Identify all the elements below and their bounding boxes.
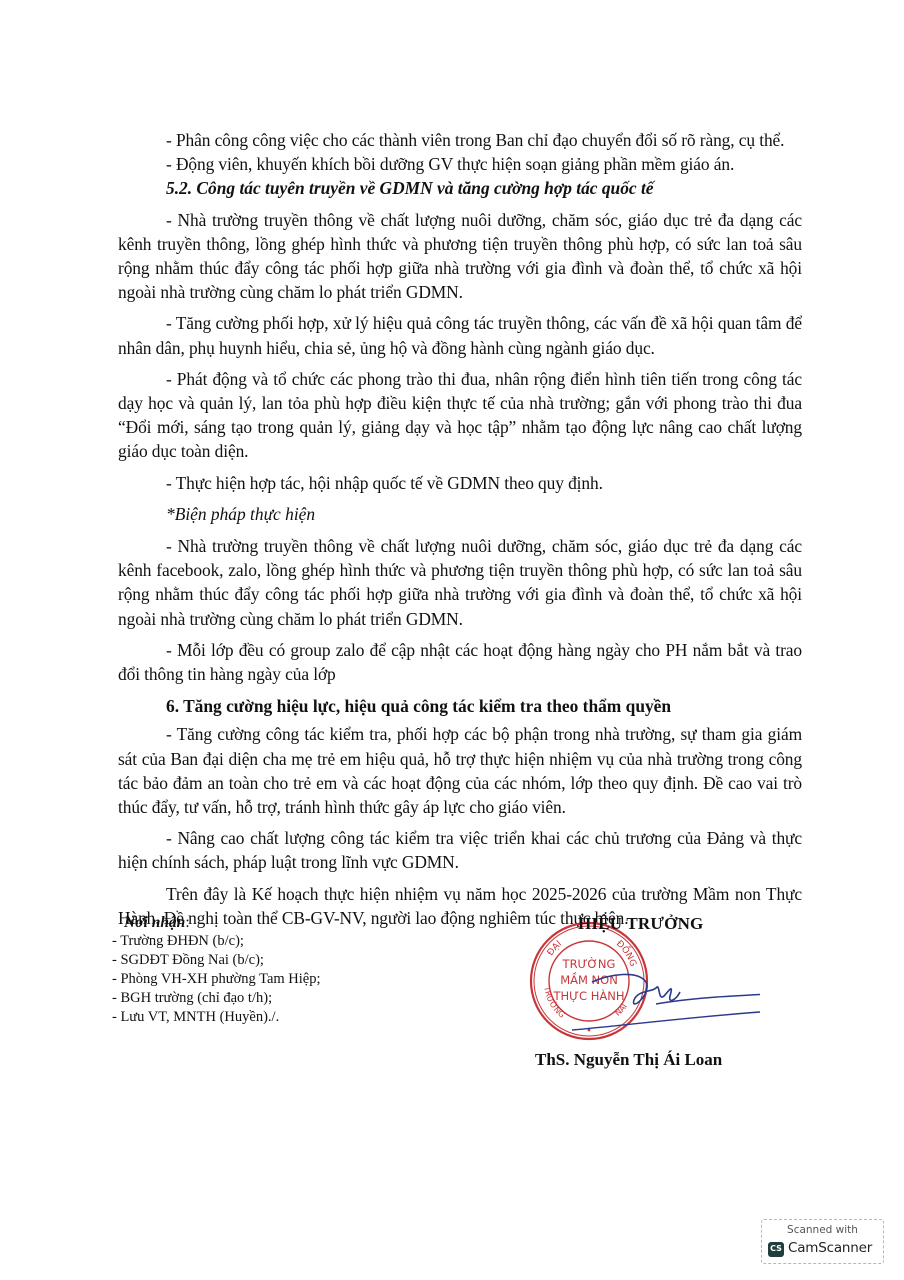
measures-label: *Biện pháp thực hiện [118, 502, 802, 526]
section-5-2-heading: 5.2. Công tác tuyên truyền về GDMN và tă… [118, 176, 802, 200]
section-5-2-paragraph: - Phát động và tổ chức các phong trào th… [118, 367, 802, 464]
signature-block: ĐẠI ĐỒNG TRƯỜNG NAI TRƯỜNG MẦM NON THỰC … [520, 912, 780, 1072]
paragraph-encourage: - Động viên, khuyến khích bồi dưỡng GV t… [118, 152, 802, 176]
recipient-item: - Lưu VT, MNTH (Huyền)./. [112, 1008, 321, 1027]
camscanner-logo-icon: CS [768, 1242, 784, 1257]
handwritten-signature [560, 952, 760, 1042]
watermark-caption: Scanned with [762, 1224, 883, 1236]
camscanner-watermark: Scanned with CS CamScanner [761, 1219, 884, 1264]
section-5-2-paragraph: - Tăng cường phối hợp, xử lý hiệu quả cô… [118, 311, 802, 359]
section-6-paragraph: - Nâng cao chất lượng công tác kiểm tra … [118, 826, 802, 874]
recipient-item: - SGDĐT Đồng Nai (b/c); [112, 951, 321, 970]
recipients-title: Nơi nhận: [124, 913, 321, 932]
section-5-2-paragraph: - Thực hiện hợp tác, hội nhập quốc tế về… [118, 471, 802, 495]
section-6-heading: 6. Tăng cường hiệu lực, hiệu quả công tá… [118, 694, 802, 718]
recipients-block: Nơi nhận: - Trường ĐHĐN (b/c); - SGDĐT Đ… [112, 913, 321, 1027]
measure-paragraph: - Mỗi lớp đều có group zalo để cập nhật … [118, 638, 802, 686]
signer-role: HIỆU TRƯỞNG [578, 914, 703, 934]
recipient-item: - Trường ĐHĐN (b/c); [112, 932, 321, 951]
document-body: - Phân công công việc cho các thành viên… [118, 128, 802, 930]
recipient-item: - Phòng VH-XH phường Tam Hiệp; [112, 970, 321, 989]
measure-paragraph: - Nhà trường truyền thông về chất lượng … [118, 534, 802, 631]
paragraph-assign: - Phân công công việc cho các thành viên… [118, 128, 802, 152]
recipient-item: - BGH trường (chỉ đạo t/h); [112, 989, 321, 1008]
section-6-paragraph: - Tăng cường công tác kiểm tra, phối hợp… [118, 722, 802, 819]
section-5-2-paragraph: - Nhà trường truyền thông về chất lượng … [118, 208, 802, 305]
watermark-brand: CamScanner [788, 1240, 872, 1256]
signer-name: ThS. Nguyễn Thị Ái Loan [535, 1050, 722, 1070]
